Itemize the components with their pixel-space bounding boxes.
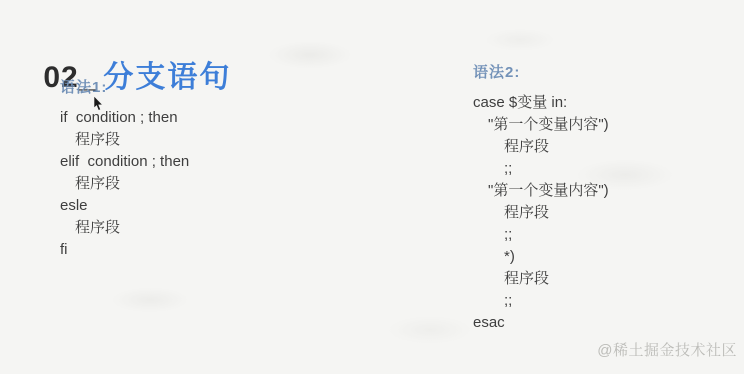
code-line: ;; bbox=[473, 290, 609, 312]
code-line: ;; bbox=[473, 158, 609, 180]
syntax1-header: 语法1: bbox=[60, 76, 189, 97]
code-line: esle bbox=[60, 195, 189, 217]
code-line: "第一个变量内容") bbox=[473, 180, 609, 202]
code-line: fi bbox=[60, 239, 189, 261]
code-line: 程序段 bbox=[473, 136, 609, 158]
code-line: 程序段 bbox=[60, 173, 189, 195]
code-line: "第一个变量内容") bbox=[473, 114, 609, 136]
code-line: ;; bbox=[473, 224, 609, 246]
code-line: *) bbox=[473, 246, 609, 268]
syntax2-block: 语法2: case $变量 in: "第一个变量内容") 程序段 ;; "第一个… bbox=[473, 61, 609, 334]
code-line: 程序段 bbox=[473, 268, 609, 290]
code-line: 程序段 bbox=[473, 202, 609, 224]
slide-page: 02_分支语句 语法1: if condition ; then 程序段 eli… bbox=[0, 0, 744, 374]
code-line: elif condition ; then bbox=[60, 151, 189, 173]
syntax2-header: 语法2: bbox=[473, 61, 609, 82]
watermark-text: @稀土掘金技术社区 bbox=[597, 339, 737, 360]
code-line: case $变量 in: bbox=[473, 92, 609, 114]
syntax1-block: 语法1: if condition ; then 程序段 elif condit… bbox=[60, 76, 189, 261]
code-line: 程序段 bbox=[60, 217, 189, 239]
code-line: 程序段 bbox=[60, 129, 189, 151]
code-line: esac bbox=[473, 312, 609, 334]
code-line: if condition ; then bbox=[60, 107, 189, 129]
